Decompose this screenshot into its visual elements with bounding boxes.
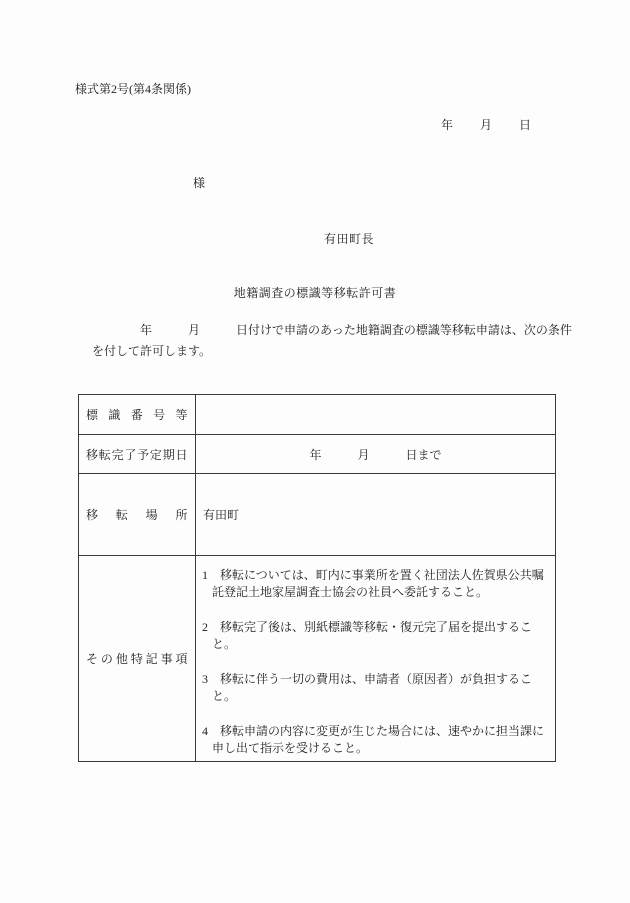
condition-item-3: 3 移転に伴う一切の費用は、申請者（原因者）が負担するこ と。 <box>202 671 549 705</box>
document-page: 様式第2号(第4条関係) 年 月 日 様 有田町長 地籍調査の標識等移転許可書 … <box>0 0 630 903</box>
marker-number-value <box>196 395 556 435</box>
form-number: 様式第2号(第4条関係) <box>75 80 191 97</box>
completion-date-label: 移転完了予定期日 <box>79 435 196 474</box>
table-row-special-notes: その他特記事項 1 移転については、町内に事業所を置く社団法人佐賀県公共嘱 託登… <box>79 556 556 762</box>
document-title: 地籍調査の標識等移転許可書 <box>0 284 630 301</box>
completion-date-value: 年 月 日まで <box>196 435 556 474</box>
issue-date-line: 年 月 日 <box>441 116 532 133</box>
table-row-marker-number: 標識番号等 <box>79 395 556 435</box>
table-row-completion-date: 移転完了予定期日 年 月 日まで <box>79 435 556 474</box>
condition-item-4: 4 移転申請の内容に変更が生じた場合には、速やかに担当課に 申し出て指示を受ける… <box>202 723 549 757</box>
addressee-suffix: 様 <box>193 174 205 191</box>
marker-number-label: 標識番号等 <box>79 395 196 435</box>
condition-item-2: 2 移転完了後は、別紙標識等移転・復元完了届を提出するこ と。 <box>202 619 549 653</box>
relocation-place-label: 移転場所 <box>79 474 196 556</box>
special-notes-label: その他特記事項 <box>79 556 196 762</box>
relocation-place-value: 有田町 <box>196 474 556 556</box>
condition-item-1: 1 移転については、町内に事業所を置く社団法人佐賀県公共嘱 託登記土地家屋調査士… <box>202 567 549 601</box>
body-paragraph: 年 月 日付けで申請のあった地籍調査の標識等移転申請は、次の条件 を付して許可し… <box>92 320 572 362</box>
special-notes-value: 1 移転については、町内に事業所を置く社団法人佐賀県公共嘱 託登記土地家屋調査士… <box>196 556 556 762</box>
permit-conditions-table: 標識番号等 移転完了予定期日 年 月 日まで 移転場所 有田町 その他特記事項 … <box>78 394 556 762</box>
sender-name: 有田町長 <box>324 230 374 247</box>
table-row-relocation-place: 移転場所 有田町 <box>79 474 556 556</box>
